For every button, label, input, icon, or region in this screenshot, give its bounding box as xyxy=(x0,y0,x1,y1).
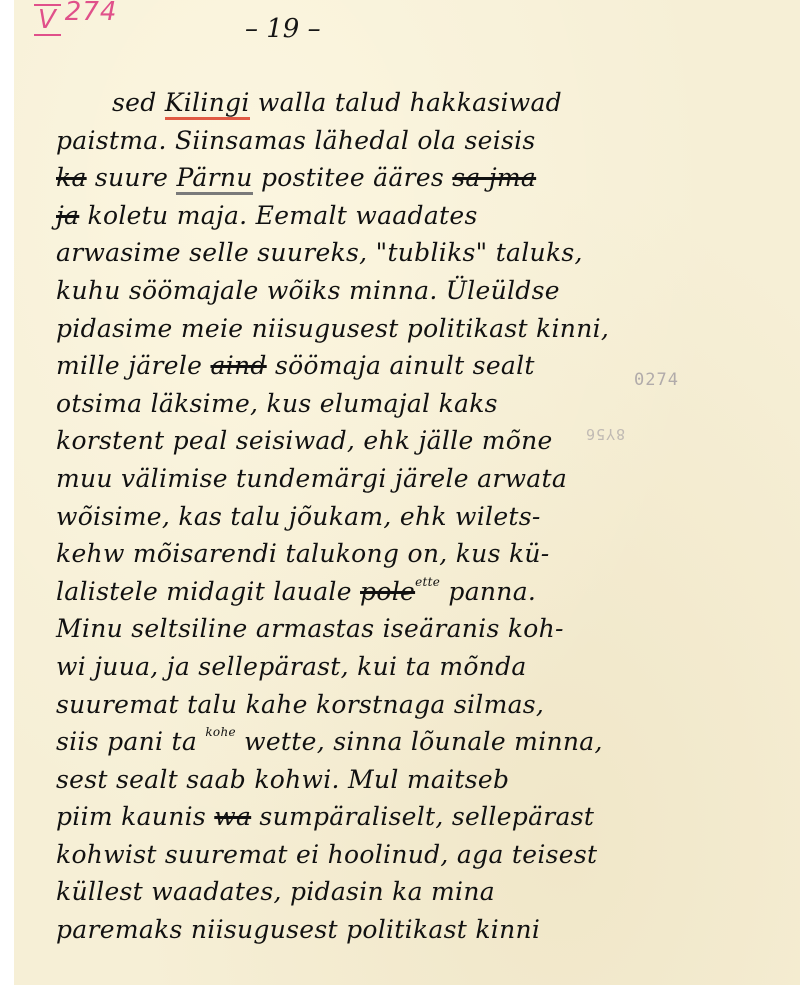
text-segment: kohwist suuremat ei hoolinud, aga teises… xyxy=(56,840,597,869)
text-segment: walla talud hakkasiwad xyxy=(250,88,562,117)
manuscript-line: suuremat talu kahe korstnaga silmas, xyxy=(56,686,616,724)
text-segment: küllest waadates, pidasin ka mina xyxy=(56,877,495,906)
manuscript-line: sed Kilingi walla talud hakkasiwad xyxy=(56,84,616,122)
manuscript-line: küllest waadates, pidasin ka mina xyxy=(56,873,616,911)
text-segment: Minu seltsiline armastas iseäranis koh- xyxy=(56,614,564,643)
manuscript-line: wi juua, ja sellepärast, kui ta mõnda xyxy=(56,648,616,686)
manuscript-line: ja koletu maja. Eemalt waadates xyxy=(56,197,616,235)
text-segment: paremaks niisugusest politikast kinni xyxy=(56,915,540,944)
text-segment: wõisime, kas talu jõukam, ehk wilets- xyxy=(56,502,541,531)
manuscript-line: kehw mõisarendi talukong on, kus kü- xyxy=(56,535,616,573)
manuscript-line: muu välimise tundemärgi järele arwata xyxy=(56,460,616,498)
manuscript-line: arwasime selle suureks, "tubliks" taluks… xyxy=(56,234,616,272)
underlined-word: Pärnu xyxy=(176,163,252,195)
manuscript-line: kuhu söömajale wõiks minna. Üleüldse xyxy=(56,272,616,310)
text-segment: wette, sinna lõunale minna, xyxy=(236,727,603,756)
text-segment: sed xyxy=(112,88,165,117)
manuscript-line: paremaks niisugusest politikast kinni xyxy=(56,911,616,949)
inserted-word: kohe xyxy=(205,725,236,739)
manuscript-line: paistma. Siinsamas lähedal ola seisis xyxy=(56,122,616,160)
archive-mark: V274 xyxy=(34,4,117,36)
text-segment: piim kaunis xyxy=(56,802,214,831)
manuscript-line: kohwist suuremat ei hoolinud, aga teises… xyxy=(56,836,616,874)
manuscript-line: korstent peal seisiwad, ehk jälle mõne xyxy=(56,422,616,460)
manuscript-line: Minu seltsiline armastas iseäranis koh- xyxy=(56,610,616,648)
text-segment: muu välimise tundemärgi järele arwata xyxy=(56,464,567,493)
text-segment: sest sealt saab kohwi. Mul maitseb xyxy=(56,765,509,794)
manuscript-line: pidasime meie niisugusest politikast kin… xyxy=(56,310,616,348)
inserted-word: ette xyxy=(415,575,440,589)
page-number: – 19 – xyxy=(245,14,321,44)
archive-mark-number: 274 xyxy=(65,0,118,27)
struck-word: ja xyxy=(56,201,79,230)
struck-word: pole xyxy=(360,577,415,606)
text-segment: otsima läksime, kus elumajal kaks xyxy=(56,389,498,418)
manuscript-line: piim kaunis wa sumpäraliselt, sellepäras… xyxy=(56,798,616,836)
text-segment: kuhu söömajale wõiks minna. Üleüldse xyxy=(56,276,560,305)
handwritten-text: sed Kilingi walla talud hakkasiwadpaistm… xyxy=(56,84,616,949)
text-segment: postitee ääres xyxy=(253,163,453,192)
struck-word: aind xyxy=(210,351,266,380)
text-segment: arwasime selle suureks, "tubliks" taluks… xyxy=(56,238,583,267)
struck-word: sa jma xyxy=(452,163,536,192)
manuscript-line: siis pani ta kohe wette, sinna lõunale m… xyxy=(56,723,616,761)
text-segment: sumpäraliselt, sellepärast xyxy=(251,802,594,831)
manuscript-line: sest sealt saab kohwi. Mul maitseb xyxy=(56,761,616,799)
text-segment: kehw mõisarendi talukong on, kus kü- xyxy=(56,539,550,568)
text-segment: suure xyxy=(87,163,177,192)
struck-word: ka xyxy=(56,163,87,192)
text-segment: siis pani ta xyxy=(56,727,205,756)
manuscript-line: wõisime, kas talu jõukam, ehk wilets- xyxy=(56,498,616,536)
text-segment: suuremat talu kahe korstnaga silmas, xyxy=(56,690,544,719)
archive-stamp: 0274 xyxy=(634,370,679,390)
archive-mark-roman: V xyxy=(34,4,61,36)
text-segment: korstent peal seisiwad, ehk jälle mõne xyxy=(56,426,553,455)
manuscript-line: mille järele aind söömaja ainult sealt xyxy=(56,347,616,385)
text-segment: wi juua, ja sellepärast, kui ta mõnda xyxy=(56,652,527,681)
text-segment: pidasime meie niisugusest politikast kin… xyxy=(56,314,609,343)
manuscript-line: otsima läksime, kus elumajal kaks xyxy=(56,385,616,423)
manuscript-line: ka suure Pärnu postitee ääres sa jma xyxy=(56,159,616,197)
text-segment: lalistele midagit lauale xyxy=(56,577,360,606)
text-segment: koletu maja. Eemalt waadates xyxy=(79,201,477,230)
struck-word: wa xyxy=(214,802,251,831)
text-segment: panna. xyxy=(440,577,536,606)
manuscript-line: lalistele midagit lauale poleette panna. xyxy=(56,573,616,611)
text-segment: mille järele xyxy=(56,351,210,380)
underlined-word: Kilingi xyxy=(165,88,250,120)
text-segment: söömaja ainult sealt xyxy=(267,351,535,380)
text-segment: paistma. Siinsamas lähedal ola seisis xyxy=(56,126,536,155)
